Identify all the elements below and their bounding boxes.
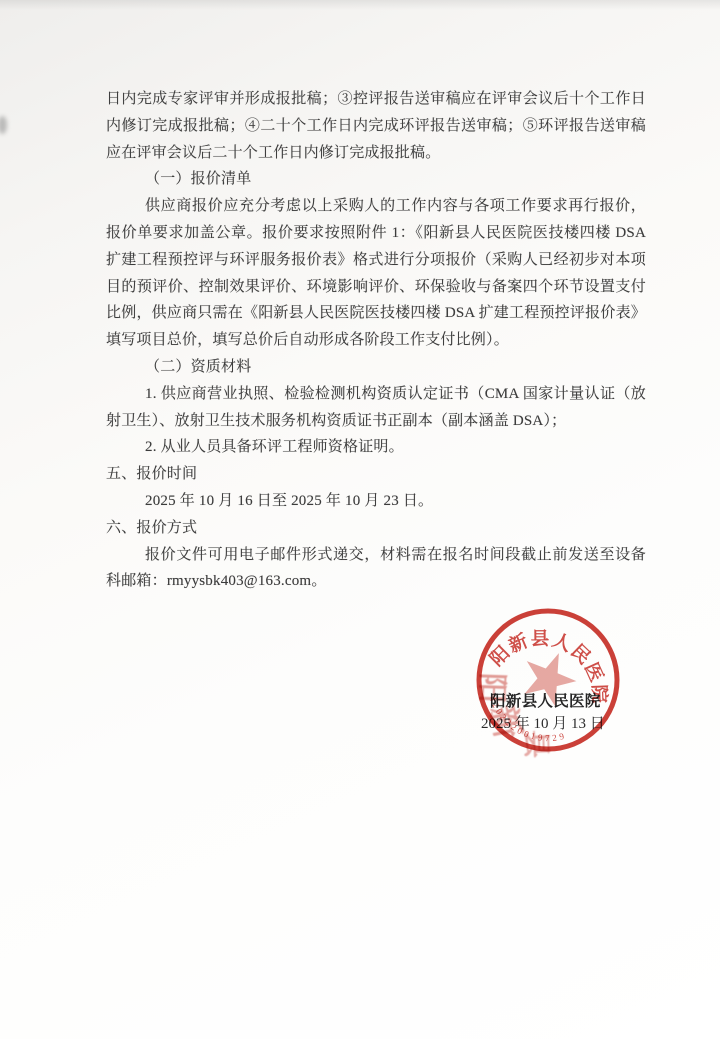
email-address: rmyysbk403@163.com bbox=[167, 573, 312, 589]
scanned-document-page: 日内完成专家评审并形成报批稿；③控评报告送审稿应在评审会议后十个工作日内修订完成… bbox=[0, 0, 720, 1039]
document-body: 日内完成专家评审并形成报批稿；③控评报告送审稿应在评审会议后十个工作日内修订完成… bbox=[106, 86, 646, 595]
paragraph-quote-list: 供应商报价应充分考虑以上采购人的工作内容与各项工作要求再行报价，报价单要求加盖公… bbox=[106, 193, 646, 354]
heading-quote-time: 五、报价时间 bbox=[106, 461, 646, 488]
scan-top-shadow bbox=[0, 0, 720, 10]
heading-qualification: （二）资质材料 bbox=[106, 354, 646, 381]
paragraph-quote-time: 2025 年 10 月 16 日至 2025 年 10 月 23 日。 bbox=[106, 488, 646, 515]
paragraph-continuation: 日内完成专家评审并形成报批稿；③控评报告送审稿应在评审会议后十个工作日内修订完成… bbox=[106, 86, 646, 166]
paragraph-qualification-2: 2. 从业人员具备环评工程师资格证明。 bbox=[106, 434, 646, 461]
scan-smudge bbox=[0, 116, 7, 134]
paragraph-qualification-1: 1. 供应商营业执照、检验检测机构资质认定证书（CMA 国家计量认证（放射卫生）… bbox=[106, 381, 646, 435]
paragraph-quote-method: 报价文件可用电子邮件形式递交，材料需在报名时间段截止前发送至设备科邮箱：rmyy… bbox=[106, 542, 646, 596]
heading-quote-method: 六、报价方式 bbox=[106, 515, 646, 542]
quote-method-period: 。 bbox=[311, 573, 326, 589]
hospital-seal-stamp: 阳新县人民医院 4202220019729 bbox=[470, 602, 626, 760]
heading-quote-list: （一）报价清单 bbox=[106, 166, 646, 193]
